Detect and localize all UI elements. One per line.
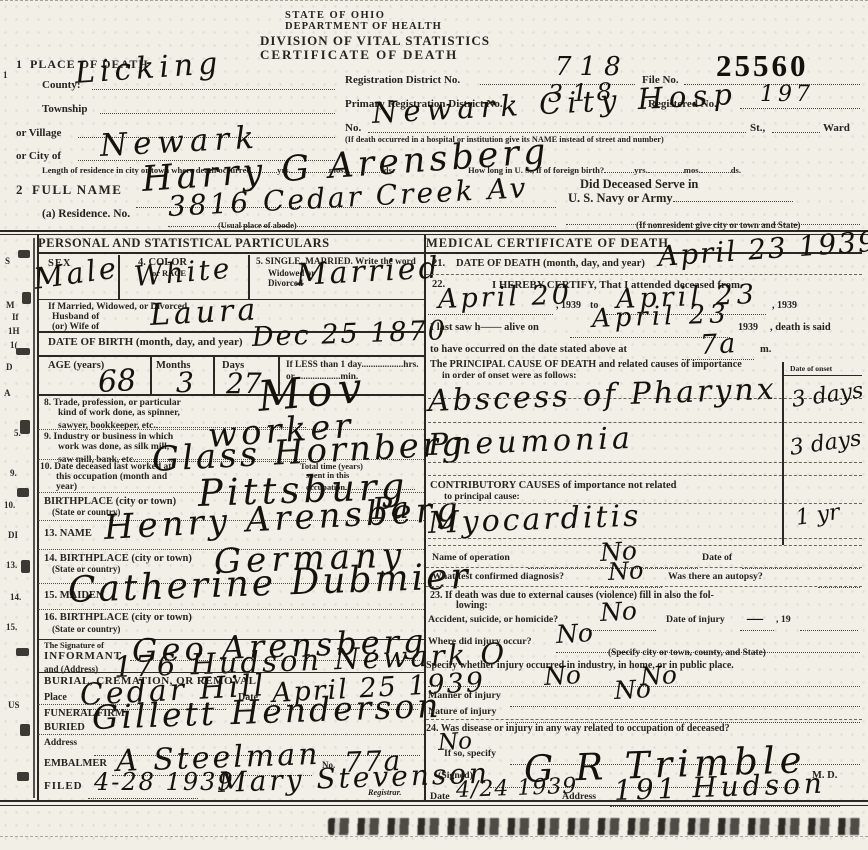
principal-cause-line1: The PRINCIPAL CAUSE OF DEATH and related… bbox=[430, 359, 742, 370]
binding-fragment: M bbox=[6, 300, 15, 310]
binding-ink-blob bbox=[18, 250, 30, 258]
row-line-c bbox=[38, 355, 424, 357]
time-m-label: m. bbox=[760, 344, 771, 355]
spouse-value-handwriting: Laura bbox=[149, 292, 260, 333]
accident-value-handwriting: No bbox=[599, 596, 637, 627]
injury-19-line bbox=[800, 621, 858, 631]
binding-ink-blob bbox=[20, 420, 30, 434]
township-line bbox=[100, 104, 335, 114]
binding-fragment: S bbox=[5, 256, 10, 266]
from-year-label: , 1939 bbox=[556, 300, 581, 311]
physician-date-label: Date bbox=[430, 791, 450, 802]
binding-fragment: 10. bbox=[4, 500, 15, 510]
contributory-line2: to principal cause: bbox=[444, 491, 520, 502]
lastwork-label3: year) bbox=[56, 482, 77, 492]
injury-19-label: , 19 bbox=[776, 614, 791, 625]
mother-bp-label1: 16. BIRTHPLACE (city or town) bbox=[44, 612, 192, 623]
row-line-o bbox=[38, 734, 424, 735]
section-divider-top bbox=[0, 230, 868, 232]
binding-fragment: 9. bbox=[10, 468, 17, 478]
informant-label1: The Signature of bbox=[44, 641, 104, 650]
test-rule bbox=[426, 586, 862, 587]
q21-number: 21. bbox=[432, 258, 445, 269]
cause-rule-2 bbox=[428, 462, 862, 463]
age-label: AGE (years) bbox=[48, 360, 104, 371]
binding-edge-line bbox=[33, 238, 35, 798]
last-saw-post: , death is said bbox=[770, 322, 831, 333]
last-saw-pre: I last saw h—— alive on bbox=[430, 322, 539, 333]
test-label: What test confirmed diagnosis? bbox=[432, 571, 564, 582]
onset-column-line bbox=[782, 362, 784, 545]
dob-label: DATE OF BIRTH (month, day, and year) bbox=[48, 336, 243, 348]
binding-fragment: If bbox=[12, 312, 19, 322]
address-label: Address bbox=[44, 738, 77, 748]
manner-line bbox=[510, 697, 860, 707]
mother-bp-label2: (State or country) bbox=[52, 624, 120, 634]
contributory-handwriting: Myocarditis bbox=[427, 499, 642, 541]
nonresident-note: (If nonresident give city or town and St… bbox=[636, 220, 800, 230]
contributory-onset-handwriting: 1 yr bbox=[794, 500, 841, 531]
personal-title: PERSONAL AND STATISTICAL PARTICULARS bbox=[38, 236, 424, 251]
q21-label: DATE OF DEATH (month, day, and year) bbox=[456, 258, 645, 269]
binding-ink-blob bbox=[17, 488, 29, 497]
operation-label: Name of operation bbox=[432, 552, 510, 563]
age-cell-line-1 bbox=[150, 357, 152, 394]
marital-value-handwriting: Married bbox=[295, 250, 441, 293]
filed-label: FILED bbox=[44, 780, 83, 792]
physician-date-handwriting: 4/24 1939 bbox=[456, 774, 578, 803]
father-name-label: 13. NAME bbox=[44, 528, 92, 539]
foreign-yrs: yrs. bbox=[634, 165, 648, 175]
manner-label: Manner of injury bbox=[428, 690, 501, 701]
sex-value-handwriting: Male bbox=[32, 250, 121, 296]
foreign-mos: mos. bbox=[684, 165, 701, 175]
mother-name-handwriting: Catherine Dubmier bbox=[67, 556, 471, 611]
where-injury-label: Where did injury occur? bbox=[428, 636, 532, 647]
hospital-no-label: No. bbox=[345, 122, 361, 134]
father-bp-label1: 14. BIRTHPLACE (city or town) bbox=[44, 553, 192, 564]
ifso-label: If so, specify bbox=[444, 748, 496, 759]
binding-fragment: US bbox=[8, 700, 20, 710]
onset-header-underline bbox=[782, 375, 862, 376]
street-label: St., bbox=[750, 122, 765, 134]
foreign-ds: ds. bbox=[731, 165, 741, 175]
navy-army-line1: Did Deceased Serve in bbox=[580, 177, 820, 192]
township-label: Township bbox=[42, 103, 87, 115]
binding-fragment: 15. bbox=[6, 622, 17, 632]
binding-fragment: A bbox=[4, 388, 11, 398]
residence-label: (a) Residence. No. bbox=[42, 208, 130, 220]
onset-header: Date of onset bbox=[790, 364, 832, 373]
cause-2-onset-handwriting: 3 days bbox=[788, 426, 863, 461]
bottom-scan-line bbox=[0, 836, 868, 837]
navy-army-line2: U. S. Navy or Army bbox=[568, 191, 793, 206]
accident-label: Accident, suicide, or homicide? bbox=[428, 614, 558, 625]
abode-note: (Usual place of abode) bbox=[218, 221, 297, 230]
bottom-scan-smudge bbox=[328, 818, 862, 835]
where-injury-note: (Specify city or town, county, and State… bbox=[608, 648, 766, 658]
attended-from-handwriting: April 20 bbox=[437, 279, 572, 315]
cause-rule-1 bbox=[428, 422, 862, 423]
binding-fragment: 1 bbox=[3, 70, 8, 80]
ward-label: Ward bbox=[823, 122, 850, 134]
cell-line-1 bbox=[118, 255, 120, 299]
navy-army-text: U. S. Navy or Army bbox=[568, 191, 673, 205]
nature-label: Nature of injury bbox=[428, 706, 496, 717]
village-label: or Village bbox=[16, 127, 61, 139]
binding-ink-blob bbox=[16, 348, 30, 355]
informant-label2: INFORMANT bbox=[44, 650, 122, 662]
spouse-label2: Husband of bbox=[52, 312, 99, 322]
full-name-label: FULL NAME bbox=[32, 182, 122, 198]
operation-rule bbox=[426, 567, 862, 568]
department-heading: DEPARTMENT OF HEALTH bbox=[285, 21, 585, 32]
registered-no-value: 197 bbox=[760, 82, 814, 107]
binding-ink-blob bbox=[16, 648, 29, 656]
burial-place-label: Place bbox=[44, 692, 67, 703]
registration-district-label: Registration District No. bbox=[345, 74, 460, 86]
contributory-line1: CONTRIBUTORY CAUSES of importance not re… bbox=[430, 480, 676, 491]
city-label: or City of bbox=[16, 150, 61, 162]
contrib-rule-2 bbox=[428, 545, 862, 546]
place-of-death-number: 1 bbox=[16, 57, 22, 72]
lastwork-label2: this occupation (month and bbox=[56, 472, 167, 482]
scan-top-edge bbox=[0, 0, 868, 1]
binding-ink-blob bbox=[22, 292, 31, 304]
row-line-k bbox=[38, 609, 424, 610]
binding-fragment: D bbox=[6, 362, 13, 372]
physician-address-label: Address bbox=[562, 791, 596, 802]
cause-rule-3 bbox=[428, 475, 862, 476]
nature-rule bbox=[426, 719, 862, 720]
cause-2-handwriting: Pneumonia bbox=[427, 421, 634, 463]
navy-army-blank bbox=[673, 192, 793, 202]
trade-label2: kind of work done, as spinner, bbox=[58, 408, 180, 418]
binding-fragment: 14. bbox=[10, 592, 21, 602]
q23-line2: lowing: bbox=[456, 600, 488, 611]
buried-label: BURIED bbox=[44, 722, 85, 733]
nature-line bbox=[506, 713, 860, 723]
binding-ink-blob bbox=[17, 772, 29, 781]
age-cell-line-2 bbox=[213, 357, 215, 394]
left-form-edge bbox=[37, 234, 39, 802]
injury-date-label: Date of injury bbox=[666, 614, 725, 625]
death-certificate-scan: STATE OF OHIO DEPARTMENT OF HEALTH DIVIS… bbox=[0, 0, 868, 850]
binding-fragment: DI bbox=[8, 530, 18, 540]
autopsy-label: Was there an autopsy? bbox=[668, 571, 763, 582]
last-year-label: 1939 bbox=[738, 322, 758, 333]
cause-1-onset-handwriting: 3 days bbox=[790, 378, 865, 413]
trade-label1: 8. Trade, profession, or particular bbox=[44, 398, 181, 408]
operation-date-label: Date of bbox=[702, 552, 732, 563]
filed-date-handwriting: 4-28 1939 bbox=[94, 768, 235, 796]
test-value-handwriting: No bbox=[607, 556, 644, 586]
foreign-ds-line bbox=[701, 163, 731, 173]
foreign-yrs-line bbox=[604, 163, 634, 173]
state-heading: STATE OF OHIO bbox=[285, 10, 585, 21]
q21-underline bbox=[426, 274, 862, 275]
ward-line bbox=[772, 123, 820, 133]
registrar-label: Registrar. bbox=[368, 788, 401, 797]
dob-value-handwriting: Dec 25 1870 bbox=[251, 315, 447, 353]
full-name-number: 2 bbox=[16, 182, 23, 198]
manner-value-handwriting: No bbox=[613, 674, 651, 705]
occurred-text: to have occurred on the date stated abov… bbox=[430, 344, 627, 355]
binding-fragment: 1H bbox=[8, 326, 20, 336]
binding-fragment: 13. bbox=[6, 560, 17, 570]
color-value-handwriting: White bbox=[133, 251, 234, 292]
binding-ink-blob bbox=[20, 724, 30, 736]
foreign-mos-line bbox=[648, 163, 684, 173]
binding-ink-blob bbox=[21, 560, 30, 573]
time-of-death-handwriting: 7a bbox=[699, 328, 738, 361]
contrib-rule-1 bbox=[428, 538, 862, 539]
to-year-label: , 1939 bbox=[772, 300, 797, 311]
injury-date-dash-handwriting: — bbox=[746, 608, 764, 629]
